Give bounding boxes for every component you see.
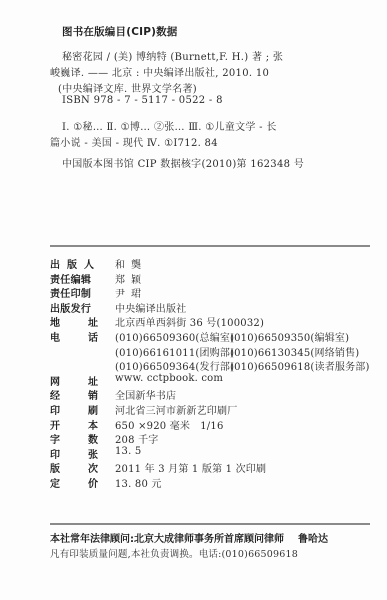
legal-counsel: 本社常年法律顾问:北京大成律师事务所首席顾问律师 — [50, 534, 284, 545]
phone-online-sales: (010)66130345(网络销售) — [230, 344, 359, 359]
label-publisher: 出版人 — [50, 256, 98, 271]
label-address: 地址 — [50, 314, 98, 329]
label-sheets: 印张 — [50, 446, 98, 461]
value-address: 北京西单西斜街 36 号(100032) — [115, 314, 264, 329]
value-website: www. cctpbook. com — [115, 373, 223, 384]
value-sheets: 13. 5 — [115, 446, 141, 457]
value-word-count: 208 千字 — [115, 431, 158, 446]
label-edition: 版次 — [50, 460, 98, 475]
divider-bottom — [50, 523, 370, 525]
row-phone-1: 电话 (010)66509360(总编室) (010)66509350(编辑室) — [50, 329, 380, 344]
colophon: 出版人 和龑 责任编辑 郑颖 责任印制 尹珺 出版发行 中央编译出版社 地址 北… — [50, 256, 380, 490]
value-format: 650 ×920 毫米 1/16 — [115, 417, 224, 432]
label-price: 定价 — [50, 475, 98, 490]
label-printer: 印刷 — [50, 402, 98, 417]
label-website: 网址 — [50, 373, 98, 388]
value-seller: 全国新华书店 — [115, 387, 176, 402]
row-website: 网址 www. cctpbook. com — [50, 373, 380, 388]
label-print-supervisor: 责任印制 — [50, 285, 98, 300]
cip-line-title-author: 秘密花园 / (美) 博纳特 (Burnett,F. H.) 著 ; 张 — [62, 48, 283, 63]
row-word-count: 字数 208 千字 — [50, 431, 380, 446]
lawyer-name: 鲁哈达 — [298, 534, 328, 545]
legal-counsel-line: 本社常年法律顾问:北京大成律师事务所首席顾问律师鲁哈达 — [50, 530, 328, 545]
row-sheets: 印张 13. 5 — [50, 446, 380, 461]
value-printer: 河北省三河市新新艺印刷厂 — [115, 402, 237, 417]
phone-distribution: (010)66509364(发行部) — [115, 358, 234, 373]
cip-line-record-number: 中国版本图书馆 CIP 数据核字(2010)第 162348 号 — [62, 155, 304, 170]
cip-line-series: (中央编译文库. 世界文学名著) — [58, 80, 197, 95]
label-word-count: 字数 — [50, 431, 98, 446]
divider-top — [50, 245, 370, 247]
cip-line-classification-1: Ⅰ. ①秘… Ⅱ. ①博… ②张… Ⅲ. ①儿童文学 - 长 — [62, 118, 277, 133]
value-distributor: 中央编译出版社 — [115, 300, 186, 315]
cip-line-classification-2: 篇小说 - 美国 - 现代 Ⅳ. ①I712. 84 — [50, 134, 218, 149]
phone-group-purchase: (010)66161011(团购部) — [115, 344, 234, 359]
label-format: 开本 — [50, 417, 98, 432]
row-phone-2: (010)66161011(团购部) (010)66130345(网络销售) — [50, 344, 380, 359]
label-phone: 电话 — [50, 329, 98, 344]
label-seller: 经销 — [50, 387, 98, 402]
quality-notice: 凡有印装质量问题,本社负责调换。电话:(010)66509618 — [50, 546, 298, 560]
row-distributor: 出版发行 中央编译出版社 — [50, 300, 380, 315]
phone-editing-room: (010)66509350(编辑室) — [230, 329, 349, 344]
row-format: 开本 650 ×920 毫米 1/16 — [50, 417, 380, 432]
row-seller: 经销 全国新华书店 — [50, 387, 380, 402]
cip-heading: 图书在版编目(CIP)数据 — [62, 24, 178, 39]
label-distributor: 出版发行 — [50, 300, 98, 315]
row-phone-3: (010)66509364(发行部) (010)66509618(读者服务部) — [50, 358, 380, 373]
value-editor: 郑颖 — [115, 271, 147, 286]
row-publisher: 出版人 和龑 — [50, 256, 380, 271]
row-print-supervisor: 责任印制 尹珺 — [50, 285, 380, 300]
value-edition: 2011 年 3 月第 1 版第 1 次印刷 — [115, 460, 266, 475]
row-price: 定价 13. 80 元 — [50, 475, 380, 490]
row-address: 地址 北京西单西斜街 36 号(100032) — [50, 314, 380, 329]
copyright-page: 图书在版编目(CIP)数据 秘密花园 / (美) 博纳特 (Burnett,F.… — [0, 0, 387, 600]
phone-editorial-office: (010)66509360(总编室) — [115, 329, 234, 344]
cip-line-translator-publisher: 峻巍译. —— 北京 : 中央编译出版社, 2010. 10 — [50, 64, 269, 79]
cip-line-isbn: ISBN 978 - 7 - 5117 - 0522 - 8 — [62, 95, 223, 106]
row-edition: 版次 2011 年 3 月第 1 版第 1 次印刷 — [50, 460, 380, 475]
row-printer: 印刷 河北省三河市新新艺印刷厂 — [50, 402, 380, 417]
value-price: 13. 80 元 — [115, 475, 162, 490]
phone-reader-service: (010)66509618(读者服务部) — [230, 358, 370, 373]
value-publisher: 和龑 — [115, 256, 147, 271]
row-editor: 责任编辑 郑颖 — [50, 271, 380, 286]
value-print-supervisor: 尹珺 — [115, 285, 147, 300]
label-editor: 责任编辑 — [50, 271, 98, 286]
